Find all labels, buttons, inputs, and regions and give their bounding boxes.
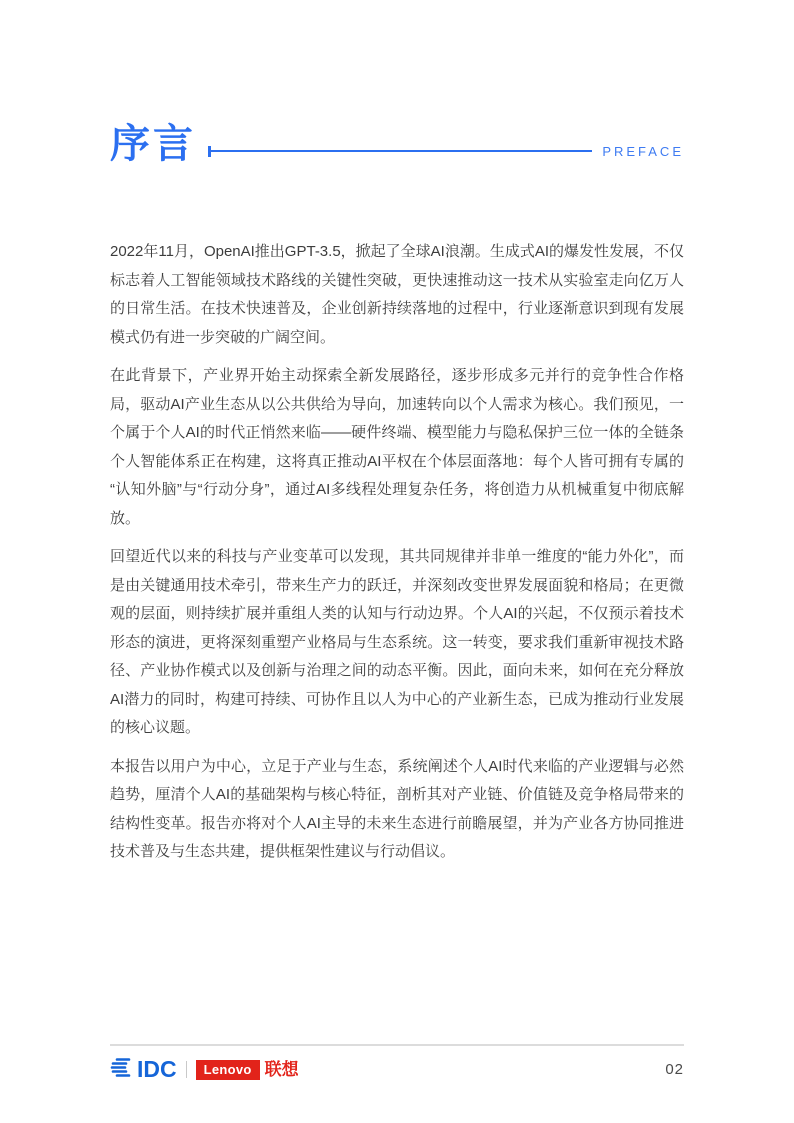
preface-paragraph-1: 2022年11月，OpenAI推出GPT-3.5，掀起了全球AI浪潮。生成式AI… <box>110 238 684 352</box>
idc-globe-icon <box>110 1055 134 1084</box>
preface-body: 2022年11月，OpenAI推出GPT-3.5，掀起了全球AI浪潮。生成式AI… <box>110 238 684 877</box>
page-number: 02 <box>665 1061 684 1078</box>
footer-logo-separator <box>186 1061 187 1078</box>
idc-logo: IDC <box>110 1055 177 1084</box>
lenovo-chinese-label: 联想 <box>265 1061 299 1078</box>
preface-header: 序言 PREFACE <box>110 120 684 168</box>
title-rule-line <box>211 150 592 152</box>
title-rule <box>208 146 592 157</box>
document-page: 序言 PREFACE 2022年11月，OpenAI推出GPT-3.5，掀起了全… <box>0 0 794 1123</box>
preface-paragraph-3: 回望近代以来的科技与产业变革可以发现，其共同规律并非单一维度的“能力外化”，而是… <box>110 543 684 743</box>
preface-english-label: PREFACE <box>602 144 684 159</box>
page-title: 序言 <box>110 120 196 168</box>
idc-logo-text: IDC <box>137 1058 177 1081</box>
lenovo-logo-badge: Lenovo <box>196 1060 260 1080</box>
preface-paragraph-2: 在此背景下，产业界开始主动探索全新发展路径，逐步形成多元并行的竞争性合作格局，驱… <box>110 362 684 533</box>
page-footer: IDC Lenovo 联想 02 <box>110 1044 684 1084</box>
preface-paragraph-4: 本报告以用户为中心，立足于产业与生态，系统阐述个人AI时代来临的产业逻辑与必然趋… <box>110 753 684 867</box>
footer-divider <box>110 1044 684 1046</box>
footer-logos: IDC Lenovo 联想 <box>110 1055 299 1084</box>
